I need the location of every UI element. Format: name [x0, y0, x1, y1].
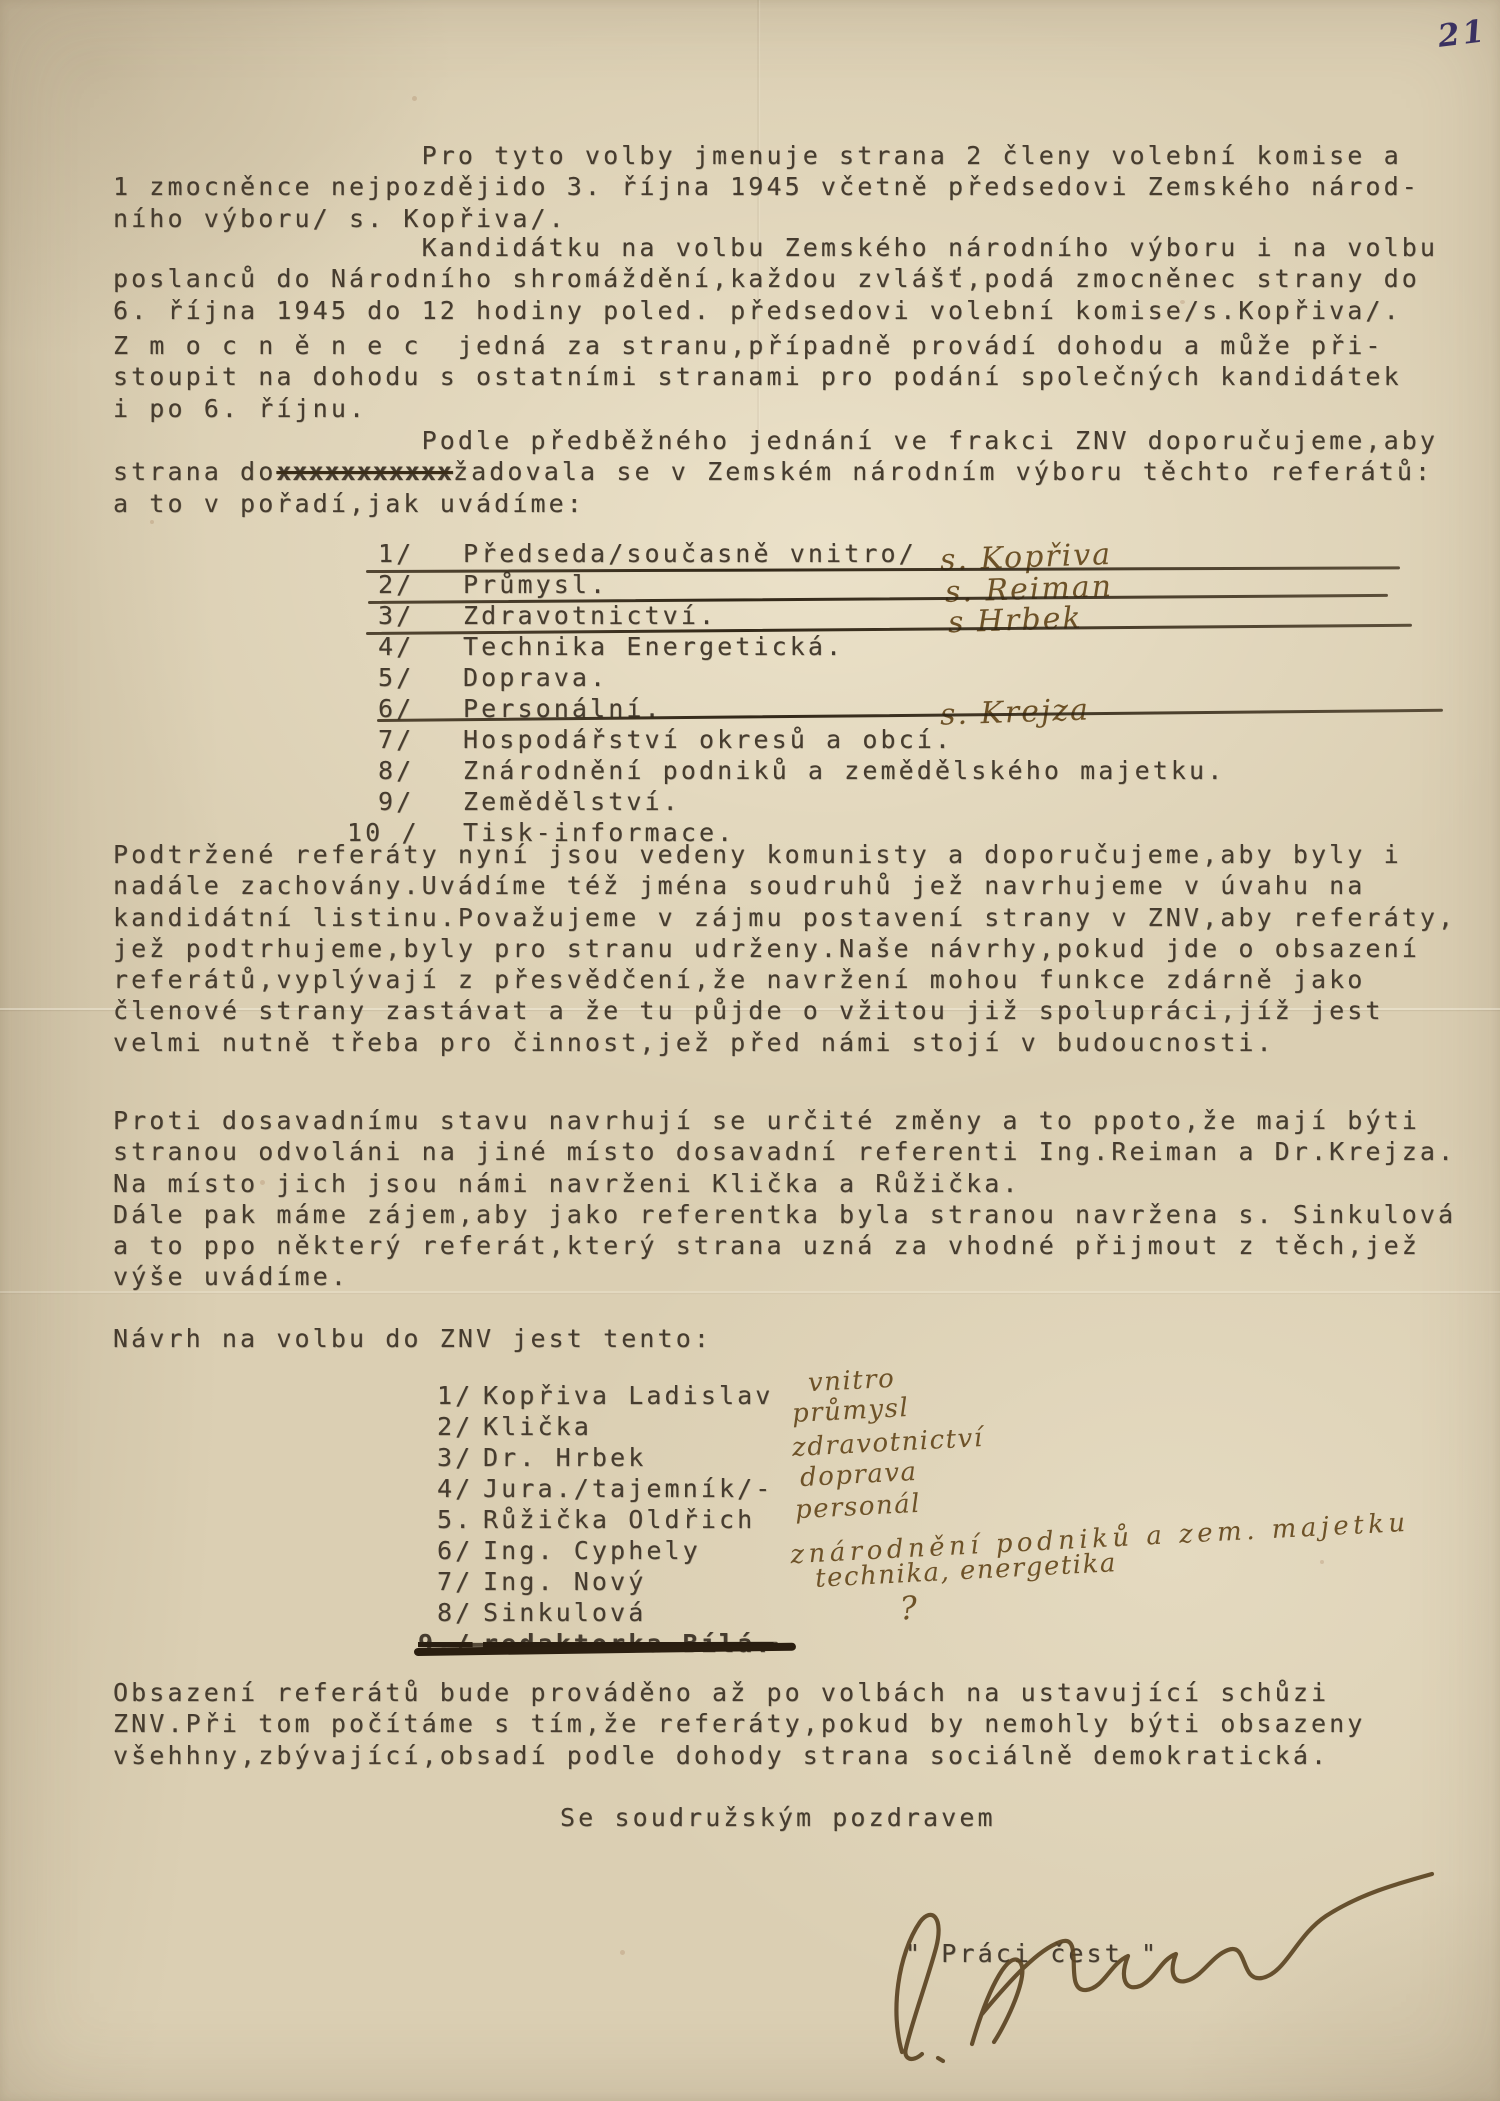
- item-label: Dr. Hrbek: [483, 1442, 646, 1473]
- item-number: 3/: [437, 1442, 473, 1473]
- closing-salute: Se soudružským pozdravem: [560, 1802, 996, 1833]
- item-number: 6/: [437, 1535, 473, 1566]
- item-label: Klička: [483, 1411, 592, 1442]
- page-number: 21: [1436, 13, 1489, 55]
- item-label: Sinkulová: [483, 1597, 646, 1628]
- item-number: 2/: [378, 569, 414, 600]
- candidate-row: 7/ Ing. Nový technika, energetika: [0, 1566, 1500, 1600]
- handwritten-assignment: personál: [794, 1489, 921, 1526]
- handwritten-assignment: průmysl: [791, 1393, 910, 1429]
- paper-speckle: [412, 96, 417, 101]
- paragraph-underlined-referaty: Podtržené referáty nyní jsou vedeny komu…: [113, 839, 1456, 1058]
- signature: [840, 1862, 1440, 2100]
- item-number: 7/: [437, 1566, 473, 1597]
- item-number: 7/: [378, 724, 414, 755]
- paragraph-referat-assignment: Obsazení referátů bude prováděno až po v…: [113, 1677, 1365, 1771]
- handwritten-question-mark: ?: [899, 1588, 920, 1627]
- referat-row: 7/ Hospodářství okresů a obcí.: [0, 724, 1500, 758]
- item-number: 3/: [378, 600, 414, 631]
- item-label: Ing. Cyphely: [483, 1535, 701, 1566]
- item-label: Zemědělství.: [463, 786, 681, 817]
- candidate-row: 3/ Dr. Hrbek zdravotnictví: [0, 1442, 1500, 1476]
- paragraph-plenipotentiary: Z m o c n ě n e c jedná za stranu,případ…: [113, 330, 1402, 424]
- item-label: Doprava.: [463, 662, 608, 693]
- paragraph-znv-recommendation: Podle předběžného jednání ve frakci ZNV …: [113, 425, 1438, 519]
- handwritten-assignment: vnitro: [807, 1364, 896, 1399]
- referat-row: 8/ Znárodnění podniků a zemědělského maj…: [0, 755, 1500, 789]
- item-number: 1/: [437, 1380, 473, 1411]
- candidate-row: 8/ Sinkulová ?: [0, 1597, 1500, 1631]
- item-number: 8/: [437, 1597, 473, 1628]
- item-label: Zdravotnictví.: [463, 600, 717, 631]
- candidate-row: 2/ Klička průmysl: [0, 1411, 1500, 1445]
- item-label: Růžička Oldřich: [483, 1504, 755, 1535]
- candidate-row: 6/ Ing. Cyphely znárodnění podniků a zem…: [0, 1535, 1500, 1569]
- referat-row: 4/ Technika Energetická.: [0, 631, 1500, 665]
- item-label: Jura./tajemník/-: [483, 1473, 773, 1504]
- signature-surname: [972, 1874, 1432, 2044]
- heading-znv-proposal: Návrh na volbu do ZNV jest tento:: [113, 1323, 712, 1354]
- referat-row: 9/ Zemědělství.: [0, 786, 1500, 820]
- item-label: Předseda/současně vnitro/: [463, 538, 917, 569]
- candidate-row: 4/ Jura./tajemník/- doprava: [0, 1473, 1500, 1507]
- item-label: Hospodářství okresů a obcí.: [463, 724, 953, 755]
- referat-row: 5/ Doprava.: [0, 662, 1500, 696]
- item-number: 9/: [378, 786, 414, 817]
- paragraph-proposed-changes: Proti dosavadnímu stavu navrhují se urči…: [113, 1105, 1456, 1293]
- paragraph-candidate-list: Kandidátku na volbu Zemského národního v…: [113, 232, 1438, 326]
- paragraph-election-commission: Pro tyto volby jmenuje strana 2 členy vo…: [113, 140, 1420, 234]
- overstruck-text: xxxxxxxxxxx: [276, 457, 453, 486]
- document-page: 21 Pro tyto volby jmenuje strana 2 členy…: [0, 0, 1500, 2101]
- signature-initial: [896, 1915, 938, 2059]
- item-label: Znárodnění podniků a zemědělského majetk…: [463, 755, 1225, 786]
- item-label: Technika Energetická.: [463, 631, 844, 662]
- item-number: 4/: [378, 631, 414, 662]
- item-number: 2/: [437, 1411, 473, 1442]
- item-number: 8/: [378, 755, 414, 786]
- signature-dot: [938, 2058, 943, 2061]
- paper-speckle: [150, 520, 154, 524]
- item-label: Průmysl.: [463, 569, 608, 600]
- handwritten-assignment: doprava: [799, 1457, 918, 1493]
- candidate-row: 1/ Kopřiva Ladislav vnitro: [0, 1380, 1500, 1414]
- item-number: 5.: [437, 1504, 473, 1535]
- item-number: 4/: [437, 1473, 473, 1504]
- item-number: 1/: [378, 538, 414, 569]
- paper-speckle: [620, 1950, 625, 1955]
- item-label: Kopřiva Ladislav: [483, 1380, 773, 1411]
- item-label: Ing. Nový: [483, 1566, 646, 1597]
- item-number: 5/: [378, 662, 414, 693]
